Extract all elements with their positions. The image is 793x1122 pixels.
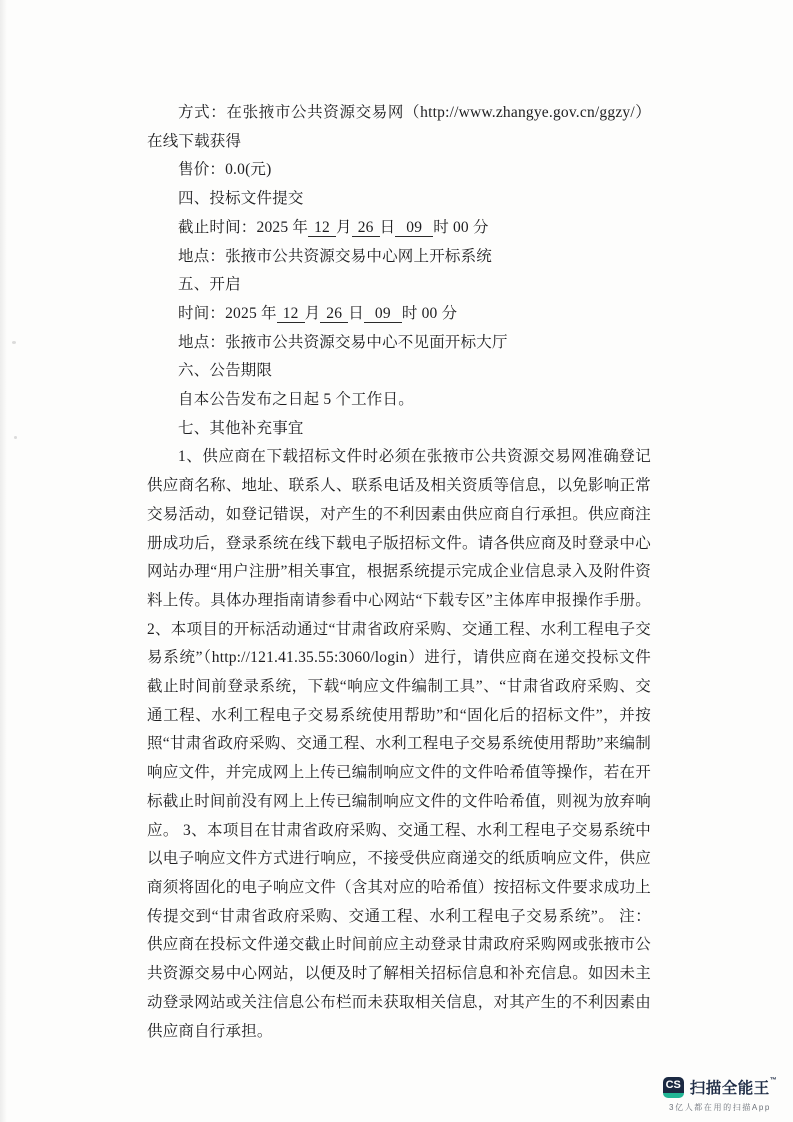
deadline-month-blank: 12	[308, 219, 336, 237]
camscanner-brand-name: 扫描全能王™	[690, 1076, 778, 1098]
deadline-day-label: 日	[380, 219, 396, 236]
trademark-symbol: ™	[770, 1077, 778, 1084]
document-body: 方式：在张掖市公共资源交易网（http://www.zhangye.gov.cn…	[147, 99, 651, 1046]
scan-artifact-speck	[14, 436, 17, 439]
open-time-hour-blank: 09	[364, 305, 402, 323]
deadline-prefix: 截止时间：2025 年	[178, 219, 308, 236]
heading-bid-submission: 四、投标文件提交	[147, 185, 651, 214]
open-time-day-label: 日	[348, 305, 364, 322]
heading-notice-period: 六、公告期限	[147, 357, 651, 386]
open-time-day-blank: 26	[320, 305, 348, 323]
camscanner-brand-text: 扫描全能王	[690, 1080, 770, 1097]
open-time-month-label: 月	[305, 305, 321, 322]
scan-edge-shadow	[0, 0, 7, 1122]
paragraph-supplementary-matters: 1、供应商在下载招标文件时必须在张掖市公共资源交易网准确登记供应商名称、地址、联…	[147, 443, 651, 1046]
line-opening-time: 时间：2025 年12月26日09时 00 分	[147, 300, 651, 329]
open-time-month-blank: 12	[277, 305, 305, 323]
camscanner-logo-row: CS 扫描全能王™	[657, 1076, 783, 1098]
scanned-document-page: { "document": { "para_download": "方式：在张掖…	[0, 0, 793, 1122]
deadline-month-label: 月	[336, 219, 352, 236]
line-submission-deadline: 截止时间：2025 年12月26日09时 00 分	[147, 214, 651, 243]
camscanner-cs-icon: CS	[663, 1077, 684, 1098]
line-price: 售价：0.0(元)	[147, 156, 651, 185]
camscanner-tagline: 3亿人都在用的扫描App	[657, 1102, 783, 1113]
camscanner-watermark: CS 扫描全能王™ 3亿人都在用的扫描App	[657, 1076, 783, 1113]
heading-supplementary-matters: 七、其他补充事宜	[147, 415, 651, 444]
open-time-suffix: 时 00 分	[402, 305, 457, 322]
heading-bid-opening: 五、开启	[147, 271, 651, 300]
scan-artifact-speck	[12, 341, 16, 344]
deadline-suffix: 时 00 分	[433, 219, 488, 236]
line-opening-location: 地点：张掖市公共资源交易中心不见面开标大厅	[147, 329, 651, 358]
deadline-hour-blank: 09	[395, 219, 433, 237]
open-time-prefix: 时间：2025 年	[178, 305, 277, 322]
line-submission-location: 地点：张掖市公共资源交易中心网上开标系统	[147, 243, 651, 272]
line-notice-period: 自本公告发布之日起 5 个工作日。	[147, 386, 651, 415]
paragraph-download-method: 方式：在张掖市公共资源交易网（http://www.zhangye.gov.cn…	[147, 99, 651, 156]
deadline-day-blank: 26	[352, 219, 380, 237]
